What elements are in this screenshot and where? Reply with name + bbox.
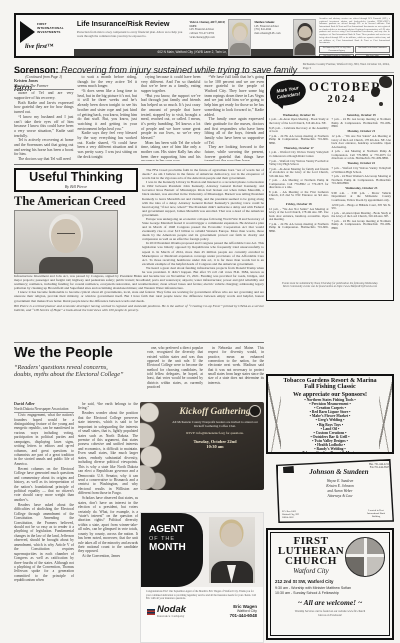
agent-of-month-panel: AGENT OF THE MONTH [141,513,203,587]
law-office-ad: Bus. 701-444-2211 Fax 701-444-3647 Johns… [276,459,394,523]
nodak-wordmark: Nodak [157,606,186,615]
article-paragraph: Scholars have observed that states, as s… [78,496,138,554]
calendar-entry: 1 p.m. - Watford City Wolves Varsity Vol… [269,151,329,158]
calendar-entry: 7 p.m. - 24 Hr. AA Group meeting at Nort… [269,223,329,233]
headshot-face [221,523,242,547]
article-paragraph: “But you know, the support we’ve had thr… [141,94,201,141]
headline-kicker: Sorenson: [14,65,59,75]
article-paragraph: Kadie says they feel very blessed by the… [78,131,138,159]
church-ad-inner: FIRST LUTHERAN CHURCH Watford City 212 2… [270,532,390,636]
calendar-entry: 7 p.m. - 24 Hr. AA Group meeting at Nort… [332,118,392,128]
calendar-entry: 7 p.m. - 24 Hr. AA Group meeting at Nort… [269,135,329,145]
agent-headshot [209,517,255,583]
fishing-rod-decoration [268,376,281,452]
article-paragraph: At the Convention, James [78,554,138,558]
we-the-people-header-row: We the People “Readers’ questions reveal… [14,342,264,398]
mark-your-calendars-bubble: Mark Your Calendars! [268,77,307,107]
disclosure-box: Not Insured by FDIC or Any Other Governm… [319,46,354,53]
advisor-1-email: vicki.cherney@lpl.com [190,36,226,40]
law-office-address: P.O. Box 1062 Watford City, ND 58854-106… [282,510,299,519]
church-service-1: 9:30 am - Worship with Minister Matthew … [275,586,385,590]
attorneys-at-law: Attorneys At Law [300,494,380,499]
portrait-glasses [57,233,75,236]
kickoff-gathering-ad: Kickoff Gathering All McKenzie County No… [140,402,264,490]
leaf-decoration-icon [371,87,380,97]
article-column-2: to wait a month before riding, though fo… [78,75,138,161]
subtitle-line-1: “Readers’ questions reveal concerns, [14,364,142,372]
calendar-entry: 6:45 p.m. - Celebrate Recovery at the As… [269,127,329,134]
calendar-month-title: OCTOBER 2024 [309,81,375,105]
calendar-entry: 7 p.m. - 24 Hour Women’s AA Group Meetin… [332,175,392,185]
advisor-2-headshot [293,19,316,56]
calendar-entry: 7 p.m. - 24 Hr. AA Group meeting at Nort… [332,220,392,230]
column-paragraphs: aware of Tel and are very supportive of … [14,91,74,161]
disclosure-box: May Lose Value [355,54,390,58]
article-column-1: (Continued from Page 1) Kristen Jones Sp… [14,75,74,161]
calendar-entry: 12 p.m. - “We Are Not Saints” AA Meeting… [269,208,329,222]
nodak-flag-icon [147,609,155,615]
calendar-entry: 8 p.m. - AA Meeting at the First Luthera… [269,191,329,201]
banner-title: Life Insurance/Risk Review [77,19,187,28]
fishing-rod-decoration [379,376,392,452]
nd-state-icon [283,466,294,473]
headshot-face [298,26,311,41]
church-city-script: Watford City [275,567,347,575]
column-byline: By Bill Pierce [18,184,134,189]
headshot-torso [229,43,250,56]
sorenson-article: (Continued from Page 1) Kristen Jones Sp… [14,75,264,161]
wtp-column-a: one, who preferred a direct popular vote… [147,346,203,398]
law-firm-name: Johnson & Sundeen [298,468,380,476]
headshot-face [233,26,246,41]
newspaper-page-scan: { "colors": { "ink": "#1b1b1b", "paper":… [0,0,400,643]
calendar-online-note: More Community events can be found onlin… [269,285,391,289]
calendar-footer: Events must be submitted by Noon Thursda… [269,282,391,289]
column-headline: The American Creed [14,195,138,208]
masthead-dateline: McKenzie County Farmer, Watford City, ND… [303,60,394,70]
first-lutheran-church-ad: FIRST LUTHERAN CHURCH Watford City 212 2… [266,528,394,640]
we-the-people-headline: We the People [14,346,142,361]
banner-address-strip: 602 N Main, Watford City | KWB Lane 2, T… [74,49,316,56]
community-foundation-logo-icon [249,405,261,417]
church-name-line: CHURCH [275,556,347,566]
we-the-people-body-columns: David Adler North Dakota Newspaper Assoc… [14,402,138,640]
column-title: Useful Thinking [18,171,134,184]
article-paragraph: aware of Tel and are very supportive of … [14,91,74,100]
agent-name: Eric Wagen [230,604,257,609]
disclosure-box: Not Bank/Credit Union Guaranteed [355,46,390,53]
useful-thinking-left-block: Useful Thinking By Bill Pierce The Ameri… [14,168,138,274]
brand-name: FIRST INTERNATIONAL INVESTMENTS [37,23,74,34]
nodak-subtitle: Insurance Company [157,615,186,618]
wtp-byline-org: North Dakota Newspaper Association [14,407,74,412]
article-paragraph: “It does seem like a long time to heal, … [78,89,138,131]
advisor-2-email: matt.schantz@LPL.com [254,32,290,36]
panel-word-month: MONTH [149,543,203,554]
calendar-entry: 7 p.m. - Watford City Wolves Varsity Foo… [269,160,329,167]
sponsor-list: Northern States Fishing ToolsPrecision M… [282,398,378,454]
article-paragraph: Both Kadie and Jarvis expressed how grat… [14,101,74,115]
article-paragraph: Civic engagement, what the nation’s foun… [14,413,74,466]
agent-ad-bottom: Nodak Insurance Company Eric Wagen Watfo… [141,601,263,622]
subtitle-line-2: doubts, myths about the Electoral Colleg… [14,371,142,379]
article-column-4: “We have full faith that he’s going to b… [205,75,265,161]
calendar-entry: 12 p.m. - “We Are Not Saints” AA Meeting… [332,135,392,149]
byline-title: Special to The Farmer [14,84,74,90]
calendar-entry: 7 p.m. - AA Meeting at Northern Pump & C… [269,179,329,189]
kickoff-time: 10:30 am [170,444,260,449]
calendar-column-left: Wednesday, October 161 p.m. - Al-Anon Op… [269,112,329,280]
wtp-column-b: in Nebraska and Maine. This respect for … [208,346,264,398]
nodak-logo: Nodak Insurance Company [147,606,186,618]
article-paragraph: crying because it could have been very d… [141,75,201,94]
article-paragraph: Recent columns on the Electoral College … [14,467,74,503]
brand-tagline: live first™ [25,43,53,50]
calendar-entry: 1 p.m. - Al-Anon Open Meeting - Book Stu… [269,118,329,125]
advisor-1-name: Vicki A. Cherney, AIF®, RICP, CLTC [190,21,226,28]
address-line: 58854-1062 [282,516,299,519]
portrait-face [51,219,81,253]
banner-body-text: Protection from risk is a key component … [77,30,187,38]
article-paragraph: Readers wonder about the position that t… [78,411,138,495]
kickoff-title: Kickoff Gathering [170,407,260,417]
life-insurance-banner-ad: FIRST INTERNATIONAL INVESTMENTS live fir… [14,13,394,58]
church-service-2: 10:30 am - Sunday School & Fellowship [275,591,385,595]
kickoff-body: All McKenzie County Nonprofit leaders ar… [170,420,260,429]
calendar-entry: 7 p.m. - Watford City Wolves Varsity Vol… [332,167,392,174]
banner-disclosure: Securities and advisory services are off… [319,17,390,56]
church-address: 212 2nd St SW, Watford City [275,579,385,584]
calendar-entry: 12:00 p.m. - Bingo at Hillside Court, 30… [332,204,392,211]
opinion-paragraph: I know it has become fashionable to beco… [14,290,264,302]
calendar-month: OCTOBER [309,81,375,94]
pumpkins-photo-decoration [140,402,180,490]
calendar-year: 2024 [309,94,375,105]
sponsor-name: Tobacco Gardens Resort & Marina [282,451,378,454]
article-paragraph: “We have full faith that he’s going to b… [205,75,265,117]
article-paragraph: in Nebraska and Maine. This respect for … [208,346,264,385]
portrait-suit [39,257,93,274]
article-paragraph: Readers have asked about the difficultie… [14,503,74,583]
article-paragraph: Mom has been with Tel the whole time, ta… [141,141,201,161]
calendar-entry: 4 p.m. - AA Meeting at Northern Pump & C… [332,150,392,160]
kickoff-rsvp: RSVP: info@mckenziecf.org for questions. [170,431,260,435]
agent-phone: 701-444-6048 [230,613,257,618]
agent-ad-copy: Congratulations Eric! Our September Agen… [141,587,263,601]
we-the-people-subtitle: “Readers’ questions reveal concerns, dou… [14,364,142,380]
agent-contact: Eric Wagen Watford City 701-444-6048 [230,604,257,618]
triangle-logo-icon [20,21,35,43]
tobacco-gardens-sponsors-ad: Tobacco Gardens Resort & Marina Fall Fis… [266,374,394,454]
article-paragraph: The doctors say that Tel will need [14,157,74,161]
useful-thinking-column: Useful Thinking By Bill Pierce The Ameri… [14,164,264,340]
church-small-line: Join us on Facebook! [275,614,385,618]
article-paragraph: one, who preferred a direct popular vote… [147,346,203,389]
wtp-column-1: David Adler North Dakota Newspaper Assoc… [14,402,74,640]
calendar-entry: 1 p.m. - Al-Anon Open Meeting - Book Stu… [332,212,392,219]
we-the-people-headbox: We the People “Readers’ questions reveal… [14,346,142,398]
wtp-byline-name: David Adler [14,402,74,407]
advisor-1-headshot [228,19,251,56]
calendar-columns: Wednesday, October 161 p.m. - Al-Anon Op… [269,112,391,280]
article-paragraph: They are looking forward to the future, … [205,145,265,161]
article-paragraph: to wait a month before riding, though fo… [78,75,138,89]
community-calendar-box: Mark Your Calendars! OCTOBER 2024 Wednes… [266,75,394,301]
article-paragraph: Tel is actively recovering at home and t… [14,138,74,157]
agent-of-the-month-ad: AGENT OF THE MONTH Congratulations Eric!… [140,512,264,643]
law-attorney-names: Wayne E. Sundeen Kristen E. Johnson and … [300,479,380,498]
bill-pierce-portrait [14,210,118,274]
first-international-logo: FIRST INTERNATIONAL INVESTMENTS live fir… [19,17,74,56]
article-paragraph: The family once again expressed their gr… [205,117,265,145]
calendar-entry: 7 p.m. - Al-Anon Meeting for family and … [269,168,329,178]
article-paragraph: “I know my husband and I just can’t take… [14,115,74,138]
panel-word-agent: AGENT [149,525,203,536]
tobacco-ad-event: Fall Fishing Classic [282,384,378,391]
law-office-location-note: Located in First International Bank Buil… [363,509,389,518]
author-bio: Bill Pierce is a retired planner and eco… [14,304,264,312]
dot-decoration-icon [379,102,383,106]
agent-ad-top: AGENT OF THE MONTH [141,513,263,587]
column-paragraphs: Civic engagement, what the nation’s foun… [14,413,74,583]
wtp-column-2: he said, “the earth belongs to the livin… [78,402,138,640]
leaf-decoration-icon [379,76,392,88]
calendar-column-right: Saturday, October 197 p.m. - 24 Hr. AA G… [332,112,392,280]
article-paragraph: he said, “the earth belongs to the livin… [78,402,138,411]
church-name: FIRST LUTHERAN CHURCH [275,536,347,566]
disclosure-box: Not Bank Deposits or Obligations [319,54,354,58]
church-website-note: Worship Services can be found on our web… [275,610,385,618]
calendar-entry: 9:00 a.m. - 3:00 p.m. - Motor Vehicle De… [332,192,392,202]
church-welcome-script: All are welcome! [275,598,385,607]
disclosure-box-grid: Not Insured by FDIC or Any Other Governm… [319,46,390,58]
column-title-box: Useful Thinking By Bill Pierce [14,168,138,192]
church-cross-logo-icon [345,537,385,577]
disclosure-text: Securities and advisory services are off… [319,18,390,44]
article-column-3: crying because it could have been very d… [141,75,201,161]
headshot-torso [294,43,315,56]
calendar-entry: Friday, October 18 [269,203,329,207]
calendar-header: Mark Your Calendars! OCTOBER 2024 [269,78,391,112]
article-headline-row: Sorenson: Recovering from injury sustain… [14,60,394,73]
